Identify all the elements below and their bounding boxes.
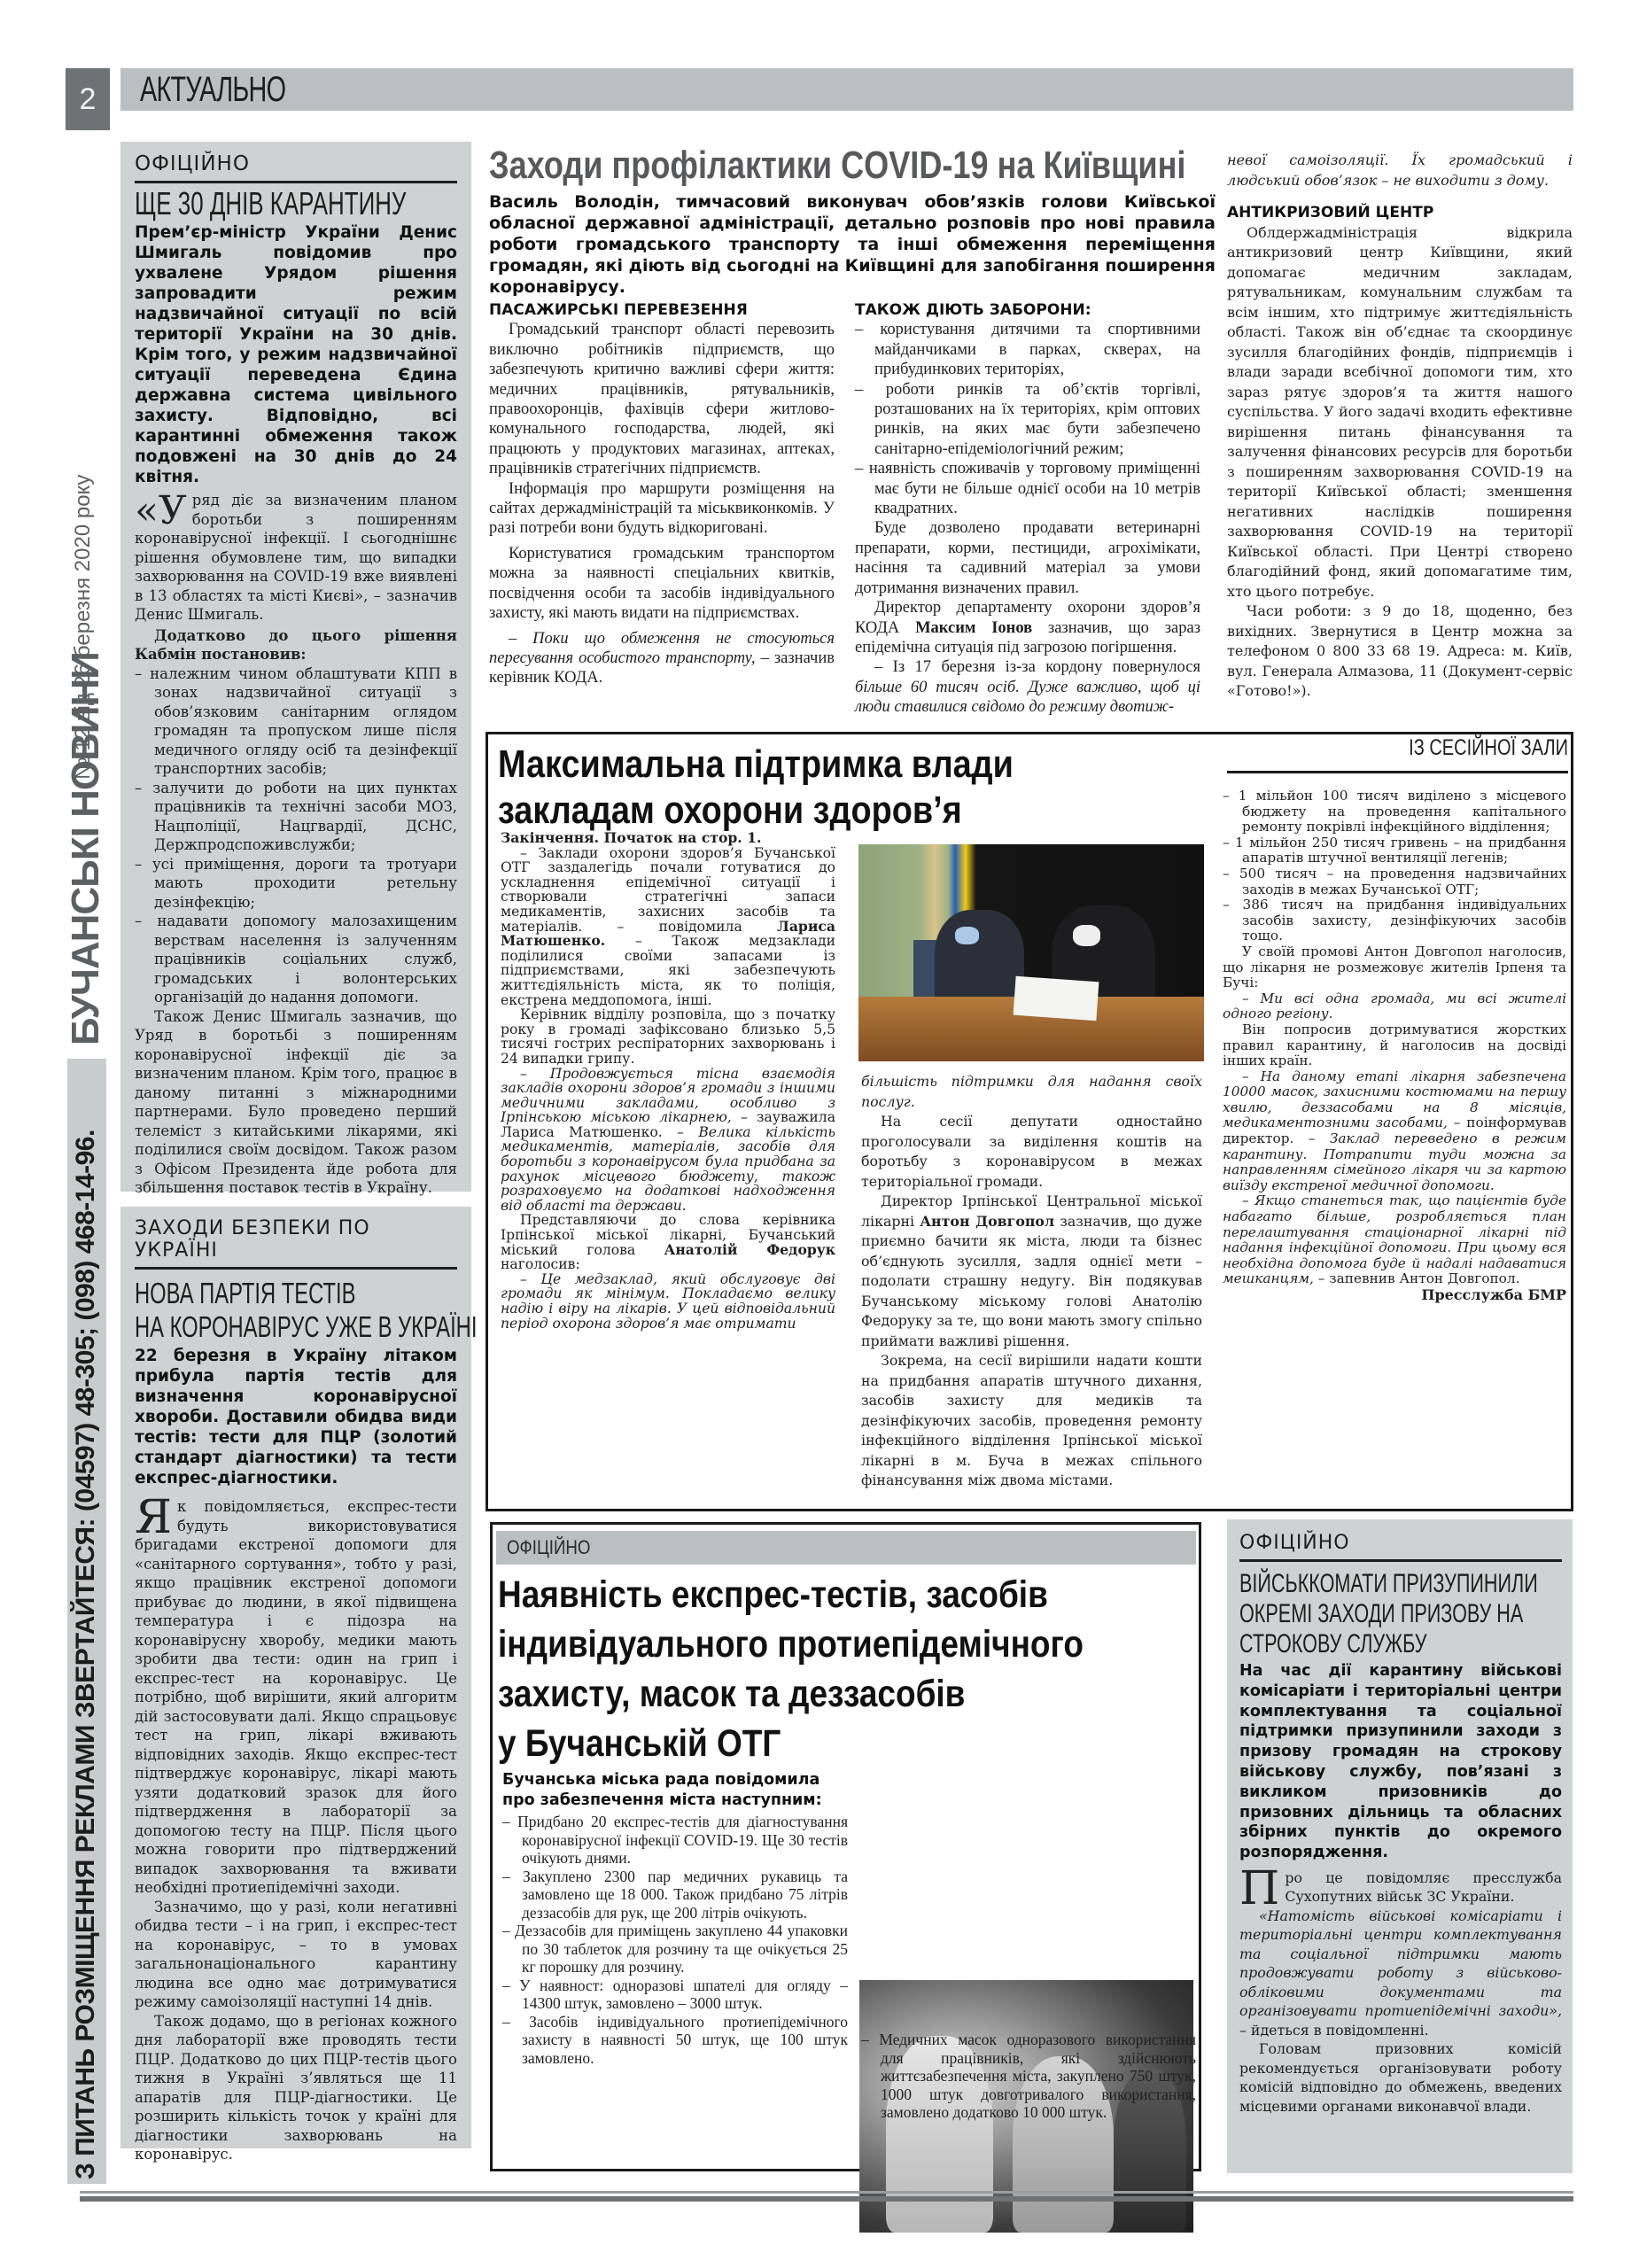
session-photo bbox=[858, 844, 1204, 1061]
supplies-kicker-bar: ОФІЦІЙНО bbox=[496, 1531, 1196, 1565]
supplies-headline: Наявність експрес-тестів, засобів індиві… bbox=[498, 1570, 1198, 1768]
list-item: – усі приміщення, дороги та тротуари маю… bbox=[135, 855, 457, 913]
prevention-col-2: ТАКОЖ ДІЮТЬ ЗАБОРОНИ: – користування дит… bbox=[855, 297, 1200, 718]
lede-prevention: Василь Володін, тимчасовий виконувач обо… bbox=[489, 191, 1216, 298]
session-col-1: Закінчення. Початок на стор. 1. – Заклад… bbox=[501, 831, 835, 1331]
session-c1-p2: Керівник відділу розповіла, що з початку… bbox=[501, 1007, 835, 1066]
session-rubric: ІЗ СЕСІЙНОЇ ЗАЛИ bbox=[1364, 735, 1568, 761]
section-title: АКТУАЛЬНО bbox=[140, 70, 285, 110]
kicker-military: ОФІЦІЙНО bbox=[1239, 1532, 1562, 1562]
footer-rule-thick bbox=[80, 2196, 1573, 2202]
session-c2-p1: На сесії депутати одностайно проголосува… bbox=[861, 1112, 1202, 1192]
transport-p2: Інформація про маршрути розміщення на са… bbox=[489, 479, 835, 539]
supply-item: – Засобів індивідуального протиепідемічн… bbox=[502, 2013, 848, 2068]
ban-item: – наявність споживачів у торговому примі… bbox=[855, 459, 1200, 518]
kicker-safety: ЗАХОДИ БЕЗПЕКИ ПО УКРАЇНІ bbox=[135, 1217, 457, 1270]
budget-item: – 1 мільйон 100 тисяч виділено з місцево… bbox=[1223, 788, 1566, 835]
headline-prevention: Заходи профілактики COVID-19 на Київщині bbox=[489, 144, 1084, 188]
supplies-lede: Бучанська міська рада повідомила про заб… bbox=[502, 1770, 848, 1811]
page-number: 2 bbox=[66, 68, 110, 130]
dropcap-ya: Я bbox=[135, 1500, 172, 1535]
anticrisis-p2: Часи роботи: з 9 до 18, щоденно, без вих… bbox=[1227, 602, 1573, 702]
safety-measures-box: ЗАХОДИ БЕЗПЕКИ ПО УКРАЇНІ НОВА ПАРТІЯ ТЕ… bbox=[120, 1207, 471, 2148]
supplies-headline-line: у Бучанській ОТГ bbox=[498, 1719, 1099, 1768]
supplies-col-1: Бучанська міська рада повідомила про заб… bbox=[502, 1770, 848, 2067]
military-headline-line: ОКРЕМІ ЗАХОДИ ПРИЗОВУ НА bbox=[1239, 1599, 1472, 1629]
supplies-list: – Придбано 20 експрес-тестів для діагнос… bbox=[502, 1813, 848, 2067]
session-c1-p5: – Це медзаклад, який обслуговує дві гром… bbox=[501, 1272, 835, 1331]
military-lede: На час дії карантину військові комісаріа… bbox=[1239, 1661, 1562, 1863]
anticrisis-p1: Облдержадміністрація відкрила антикризов… bbox=[1227, 223, 1573, 602]
subhead-bans: ТАКОЖ ДІЮТЬ ЗАБОРОНИ: bbox=[855, 300, 1200, 320]
section-header-bar: АКТУАЛЬНО bbox=[120, 68, 1573, 111]
dropcap-p: П bbox=[1239, 1871, 1279, 1907]
headline-line-2: закладам охорони здоров’я bbox=[498, 788, 1122, 835]
headline-line-1: Максимальна підтримка влади bbox=[498, 742, 1122, 788]
ban-item: – роботи ринків та об’єктів торгівлі, ро… bbox=[855, 380, 1200, 460]
kicker-official: ОФІЦІЙНО bbox=[135, 152, 457, 183]
covid-prevention-article: Заходи профілактики COVID-19 на Київщині… bbox=[489, 144, 1216, 298]
transport-p3: Користуватися громадським транспортом мо… bbox=[489, 544, 835, 624]
isolation-continued: невої самоізоляції. Їх громадський і люд… bbox=[1227, 151, 1573, 190]
dropcap-quote: «У bbox=[135, 493, 187, 529]
cabinet-list: – належним чином облаштувати КПП в зонах… bbox=[135, 664, 457, 1198]
closing-paragraph: Також Денис Шмигаль зазначив, що Уряд в … bbox=[135, 1007, 457, 1198]
session-c3-p4: – На даному етапі лікарня забезпечена 10… bbox=[1223, 1069, 1566, 1194]
budget-item: – 386 тисяч на придбання індивідуальних … bbox=[1223, 897, 1566, 944]
military-headline-line: СТРОКОВУ СЛУЖБУ bbox=[1239, 1629, 1472, 1659]
subhead-transport: ПАСАЖИРСЬКІ ПЕРЕВЕЗЕННЯ bbox=[489, 300, 835, 320]
headline-tests-2: НА КОРОНАВІРУС УЖЕ В УКРАЇНІ bbox=[135, 1310, 367, 1346]
supply-item: – Закуплено 2300 пар медичних рукавиць т… bbox=[502, 1868, 848, 1922]
military-headline-line: ВІЙСЬККОМАТИ ПРИЗУПИНИЛИ bbox=[1239, 1569, 1472, 1599]
quote-quarantine: «Уряд діє за визначеним планом боротьби … bbox=[135, 491, 457, 625]
supply-item: – Деззасобів для приміщень закуплено 44 … bbox=[502, 1922, 848, 1977]
session-c1-p1: – Заклади охорони здоров’я Бучанської ОТ… bbox=[501, 846, 835, 1008]
session-c3-p5: – Якщо станеться так, що пацієнтів буде … bbox=[1223, 1193, 1566, 1287]
ban-item: – користування дитячими та спортивними м… bbox=[855, 320, 1200, 379]
headline-tests-1: НОВА ПАРТІЯ ТЕСТІВ bbox=[135, 1277, 367, 1310]
military-p3: Головам призовних комісій рекомендується… bbox=[1239, 2039, 1562, 2116]
supply-item: – У наявност: одноразові шпателі для огл… bbox=[502, 1977, 848, 2013]
rubric-rule bbox=[1227, 771, 1568, 773]
session-c2-p3: Зокрема, на сесії вирішили надати кошти … bbox=[861, 1351, 1202, 1491]
supplies-col-2: – Медичних масок одноразового використан… bbox=[861, 2031, 1196, 2122]
supply-item: – Придбано 20 експрес-тестів для діагнос… bbox=[502, 1813, 848, 1868]
issue-date-vertical: № 12 від 26 березня 2020 року bbox=[71, 741, 96, 780]
session-c3-p2: – Ми всі одна громада, ми всі жителі одн… bbox=[1223, 991, 1566, 1022]
tests-paragraph-3: Також додамо, що в регіонах кожного дня … bbox=[135, 2012, 457, 2164]
list-item: – залучити до роботи на цих пунктах прац… bbox=[135, 779, 457, 855]
session-col-3: – 1 мільйон 100 тисяч виділено з місцево… bbox=[1223, 788, 1566, 1303]
session-c1-p4: Представляючи до слова керівника Ірпінсь… bbox=[501, 1213, 835, 1271]
lede-tests: 22 березня в Україну літаком прибула пар… bbox=[135, 1346, 457, 1488]
military-p1: ро це повідомляє пресслужба Сухопутних в… bbox=[1285, 1869, 1562, 1906]
supplies-headline-line: захисту, масок та деззасобів bbox=[498, 1669, 1099, 1719]
budget-item: – 500 тисяч – на проведення надзвичайних… bbox=[1223, 866, 1566, 897]
session-c2-p2: Директор Ірпінської Центральної міської … bbox=[861, 1192, 1202, 1351]
session-headline: Максимальна підтримка влади закладам охо… bbox=[498, 742, 1224, 835]
list-item: – належним чином облаштувати КПП в зонах… bbox=[135, 664, 457, 779]
footer-rule-thin bbox=[80, 2191, 1573, 2194]
session-c1-p3: – Продовжується тісна взаємодія закладів… bbox=[501, 1067, 835, 1214]
transport-p4: – Поки що обмеження не стосуються пересу… bbox=[489, 629, 835, 688]
session-c3-p3: Він попросив дотримуватися жорстких прав… bbox=[1223, 1022, 1566, 1069]
supplies-headline-line: індивідуального протиепідемічного bbox=[498, 1619, 1099, 1669]
budget-item: – 1 мільйон 250 тисяч гривень – на придб… bbox=[1223, 835, 1566, 866]
transport-p1: Громадський транспорт області перевозить… bbox=[489, 320, 835, 478]
military-p2: «Натомість військові комісаріати і терит… bbox=[1239, 1907, 1562, 2040]
list-intro: Додатково до цього рішення Кабмін постан… bbox=[135, 626, 457, 664]
bans-p1: Буде дозволено продавати ветеринарні пре… bbox=[855, 518, 1200, 598]
supply-item: – Медичних масок одноразового використан… bbox=[861, 2031, 1196, 2122]
kicker-supplies: ОФІЦІЙНО bbox=[507, 1536, 1084, 1559]
subhead-anticrisis: АНТИКРИЗОВИЙ ЦЕНТР bbox=[1227, 203, 1573, 223]
continued-note: Закінчення. Початок на стор. 1. bbox=[501, 831, 835, 846]
tests-body: Як повідомляється, експрес-тести будуть … bbox=[135, 1497, 457, 2164]
official-quarantine-box: ОФІЦІЙНО ЩЕ 30 ДНІВ КАРАНТИНУ Прем’єр-мі… bbox=[120, 142, 471, 1192]
lede-quarantine: Прем’єр-міністр України Денис Шмигаль по… bbox=[135, 222, 457, 487]
prevention-col-3: невої самоізоляції. Їх громадський і люд… bbox=[1227, 151, 1573, 702]
list-item: – надавати допомогу малозахищеним верств… bbox=[135, 912, 457, 1007]
ad-contact-text: З ПИТАНЬ РОЗМІЩЕННЯ РЕКЛАМИ ЗВЕРТАЙТЕСЯ:… bbox=[71, 1130, 101, 2179]
signature: Пресслужба БМР bbox=[1223, 1287, 1566, 1303]
session-c3-p1: У своїй промові Антон Довгопол наголосив… bbox=[1223, 944, 1566, 991]
bans-p3: – Із 17 березня із-за кордону повернулос… bbox=[855, 657, 1200, 717]
session-col-2: більшість підтримки для надання своїх по… bbox=[861, 1072, 1202, 1491]
tests-paragraph-1: к повідомляється, експрес-тести будуть в… bbox=[135, 1498, 457, 1896]
bans-p2: Директор департаменту охорони здоров’я К… bbox=[855, 598, 1200, 657]
brand-vertical: БУЧАНСЬКІ НОВИНИ bbox=[64, 1006, 108, 1045]
rubric-text: ІЗ СЕСІЙНОЇ ЗАЛИ bbox=[1405, 735, 1568, 761]
tests-paragraph-2: Зазначимо, що у разі, коли негативні оби… bbox=[135, 1898, 457, 2012]
session-c2-cont: більшість підтримки для надання своїх по… bbox=[861, 1072, 1202, 1112]
military-body: Про це повідомляє пресслужба Сухопутних … bbox=[1239, 1868, 1562, 2117]
military-headline: ВІЙСЬККОМАТИ ПРИЗУПИНИЛИ ОКРЕМІ ЗАХОДИ П… bbox=[1239, 1569, 1562, 1659]
military-box: ОФІЦІЙНО ВІЙСЬККОМАТИ ПРИЗУПИНИЛИ ОКРЕМІ… bbox=[1227, 1519, 1573, 2173]
supplies-headline-line: Наявність експрес-тестів, засобів bbox=[498, 1570, 1099, 1619]
headline-quarantine: ЩЕ 30 ДНІВ КАРАНТИНУ bbox=[135, 185, 367, 222]
prevention-col-1: ПАСАЖИРСЬКІ ПЕРЕВЕЗЕННЯ Громадський тран… bbox=[489, 297, 835, 688]
